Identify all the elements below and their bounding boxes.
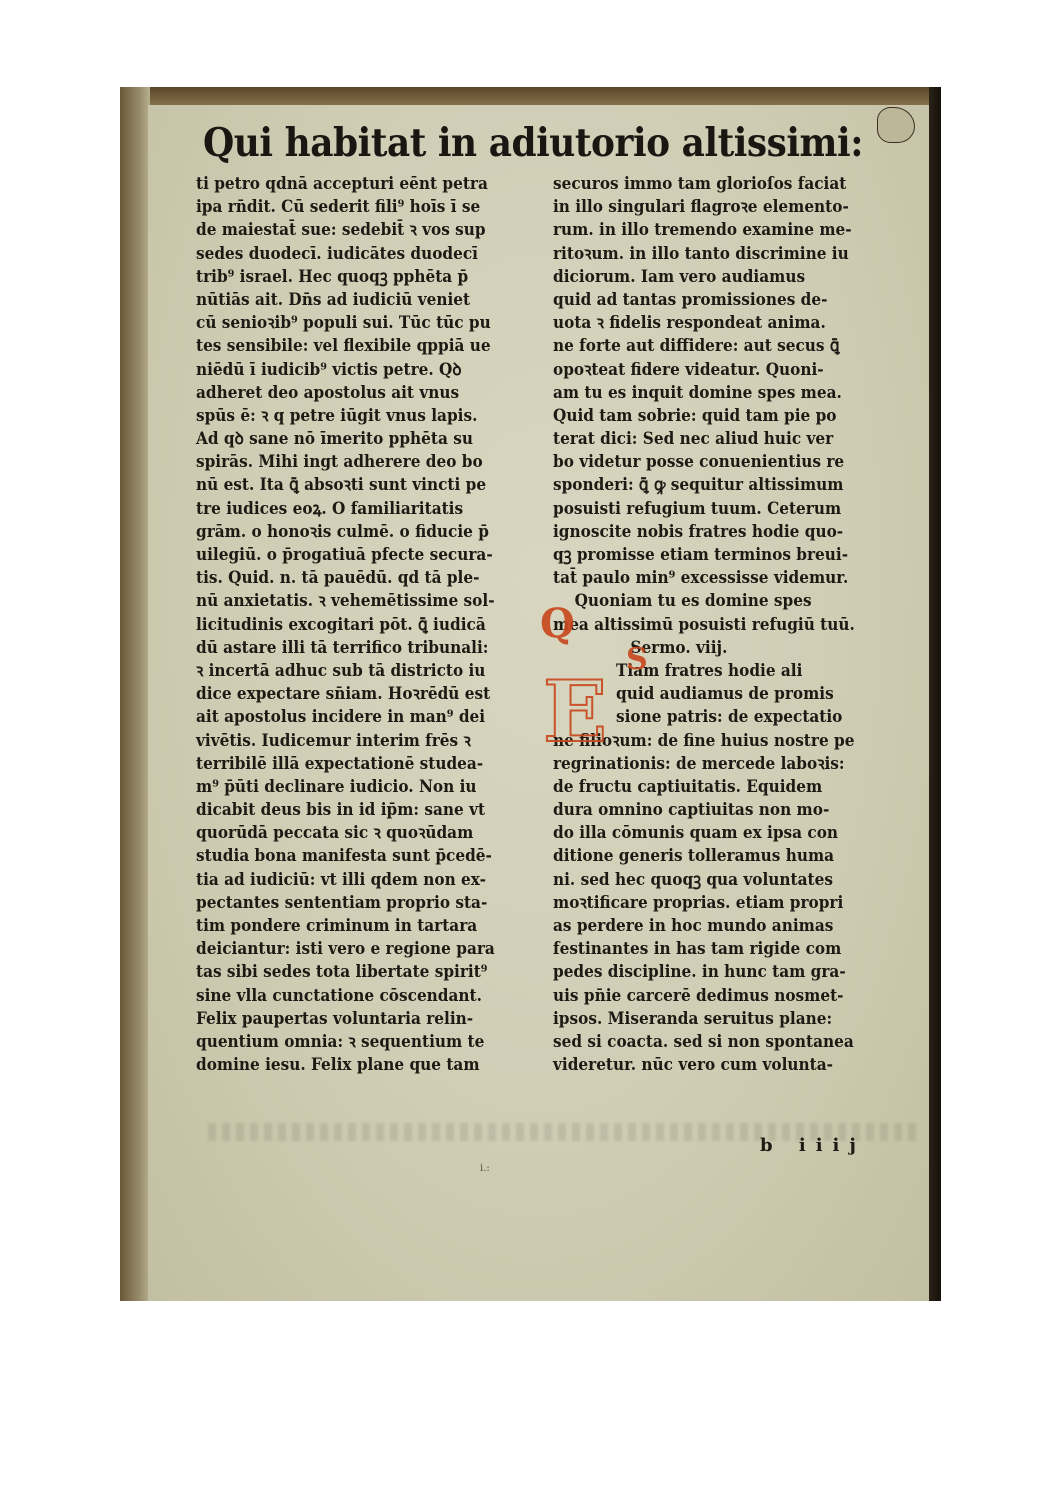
rubricated-initial-q: Q: [540, 600, 575, 647]
text-line: as perdere in hoc mundo animas: [553, 915, 864, 938]
text-line: qꝫ promisse etiam terminos breui-: [553, 544, 864, 567]
text-line: terribilē illā expectationē studea-: [196, 753, 507, 776]
text-line: uota ꝛ fidelis respondeat anima.: [553, 312, 864, 335]
text-line: dū astare illi tā terrifico tribunali:: [196, 637, 507, 660]
text-line: pedes discipline. in hunc tam gra-: [553, 961, 864, 984]
text-column-left: ti petro qdnā accepturi eēnt petraipa rn…: [196, 173, 541, 1077]
signature-mark: b iiij: [760, 1135, 866, 1156]
text-line: quorūdā peccata sic ꝛ quoꝛūdam: [196, 822, 507, 845]
text-line: dura omnino captiuitas non mo-: [553, 799, 864, 822]
text-line: nūtiās ait. Dn̄s ad iudiciū veniet: [196, 289, 507, 312]
text-line: quentium omnia: ꝛ sequentium te: [196, 1031, 507, 1054]
text-line: adheret deo apostolus ait vnus: [196, 382, 507, 405]
folded-corner-icon: [877, 107, 915, 143]
text-line: Sermo. viij.: [553, 637, 864, 660]
text-line: Ad qꝺ sane nō īmerito pphēta su: [196, 428, 507, 451]
text-line: videretur. nūc vero cum volunta-: [553, 1054, 864, 1077]
text-line: dice expectare sn̄iam. Hoꝛrēdū est: [196, 683, 507, 706]
text-line: am tu es inquit domine spes mea.: [553, 382, 864, 405]
text-line: vivētis. Iudicemur interim frēs ꝛ: [196, 730, 507, 753]
text-line: ipsos. Miseranda seruitus plane:: [553, 1008, 864, 1031]
text-line: sponderi: ꝗ̄ ꝙ sequitur altissimum: [553, 474, 864, 497]
text-line: pectantes sententiam proprio sta-: [196, 892, 507, 915]
text-line: mea altissimū posuisti refugiū tuū.: [553, 614, 864, 637]
text-line: m⁹ p̄ūti declinare iudicio. Non iu: [196, 776, 507, 799]
text-line: in illo singulari flagroꝛe elemento-: [553, 196, 864, 219]
rubricated-initial-s: S: [626, 642, 648, 677]
text-line: tia ad iudiciū: vt illi qdem non ex-: [196, 869, 507, 892]
text-line: licitudinis excogitari pōt. ꝗ̄ iudicā: [196, 614, 507, 637]
page-leaf: Qui habitat in adiutorio altissimi: ti p…: [148, 105, 929, 1301]
text-line: moꝛtificare proprias. etiam propri: [553, 892, 864, 915]
text-line: ritoꝛum. in illo tanto discrimine iu: [553, 243, 864, 266]
binding-gutter: [120, 87, 150, 1301]
text-line: nū anxietatis. ꝛ vehemētissime sol-: [196, 590, 507, 613]
text-line: terat dici: Sed nec aliud huic ver: [553, 428, 864, 451]
text-line: Quoniam tu es domine spes: [553, 590, 864, 613]
text-line: quid ad tantas promissiones de-: [553, 289, 864, 312]
text-line: spūs ē: ꝛ q petre iūgit vnus lapis.: [196, 405, 507, 428]
text-line: do illa cōmunis quam ex ipsa con: [553, 822, 864, 845]
text-line: studia bona manifesta sunt p̄cedē-: [196, 845, 507, 868]
text-line: de fructu captiuitatis. Equidem: [553, 776, 864, 799]
text-line: sedes duodecī. iudicātes duodecī: [196, 243, 507, 266]
text-line: deiciantur: isti vero e regione para: [196, 938, 507, 961]
text-column-right: securos immo tam glorioſos faciatin illo…: [553, 173, 898, 1077]
text-line: Felix paupertas voluntaria relin-: [196, 1008, 507, 1031]
text-line: ait apostolus incidere in man⁹ dei: [196, 706, 507, 729]
text-line: opoꝛteat fidere videatur. Quoni-: [553, 359, 864, 382]
text-line: spirās. Mihi ingt adherere deo bo: [196, 451, 507, 474]
text-line: posuisti refugium tuum. Ceterum: [553, 498, 864, 521]
text-line: niēdū ī iudicib⁹ victis petre. Qꝺ: [196, 359, 507, 382]
text-line: grām. o honoꝛis culmē. o fiducie p̄: [196, 521, 507, 544]
text-line: bo videtur posse conuenientius re: [553, 451, 864, 474]
text-line: ni. sed hec quoqꝫ qua voluntates: [553, 869, 864, 892]
text-line: uis pn̄ie carcerē dedimus nosmet-: [553, 985, 864, 1008]
text-line: festinantes in has tam rigide com: [553, 938, 864, 961]
stray-mark: i.:: [480, 1163, 490, 1174]
text-line: ꝛ incertā adhuc sub tā districto iu: [196, 660, 507, 683]
text-line: tas sibi sedes tota libertate spirit⁹: [196, 961, 507, 984]
text-line: ti petro qdnā accepturi eēnt petra: [196, 173, 507, 196]
text-line: tes sensibile: vel flexibile qppiā ue: [196, 335, 507, 358]
text-line: diciorum. Iam vero audiamus: [553, 266, 864, 289]
text-line: securos immo tam glorioſos faciat: [553, 173, 864, 196]
text-line: domine iesu. Felix plane que tam: [196, 1054, 507, 1077]
text-line: uilegiū. o p̄rogatiuā pfecte secura-: [196, 544, 507, 567]
text-line: tre iudices eoꝝ. O familiaritatis: [196, 498, 507, 521]
text-line: ditione generis tolleramus huma: [553, 845, 864, 868]
book-photograph: Qui habitat in adiutorio altissimi: ti p…: [120, 87, 941, 1301]
text-line: de maiestat̄ sue: sedebit̄ ꝛ vos sup: [196, 219, 507, 242]
text-line: cū senioꝛib⁹ populi sui. Tūc tūc pu: [196, 312, 507, 335]
text-line: ignoscite nobis fratres hodie quo-: [553, 521, 864, 544]
rubricated-initial-e: E: [543, 670, 607, 754]
text-line: Quid tam sobrie: quid tam pie po: [553, 405, 864, 428]
text-line: nū est. Ita ꝗ̄ absoꝛti sunt vincti pe: [196, 474, 507, 497]
text-line: ipa rn̄dit. Cū sederit fili⁹ hoīs ī se: [196, 196, 507, 219]
text-line: sed si coacta. sed si non spontanea: [553, 1031, 864, 1054]
text-line: tis. Quid. n. tā pauēdū. qd tā ple-: [196, 567, 507, 590]
running-header: Qui habitat in adiutorio altissimi:: [203, 120, 847, 166]
text-line: rum. in illo tremendo examine me-: [553, 219, 864, 242]
binding-right-edge: [929, 87, 941, 1301]
text-line: tat̄ paulo min⁹ excessisse videmur.: [553, 567, 864, 590]
text-line: sine vlla cunctatione cōscendant.: [196, 985, 507, 1008]
text-line: tim pondere criminum in tartara: [196, 915, 507, 938]
text-line: dicabit deus bis in id ip̄m: sane vt: [196, 799, 507, 822]
text-line: trib⁹ israel. Hec quoqꝫ pphēta p̄: [196, 266, 507, 289]
text-line: ne forte aut diffidere: aut secus ꝗ̄: [553, 335, 864, 358]
